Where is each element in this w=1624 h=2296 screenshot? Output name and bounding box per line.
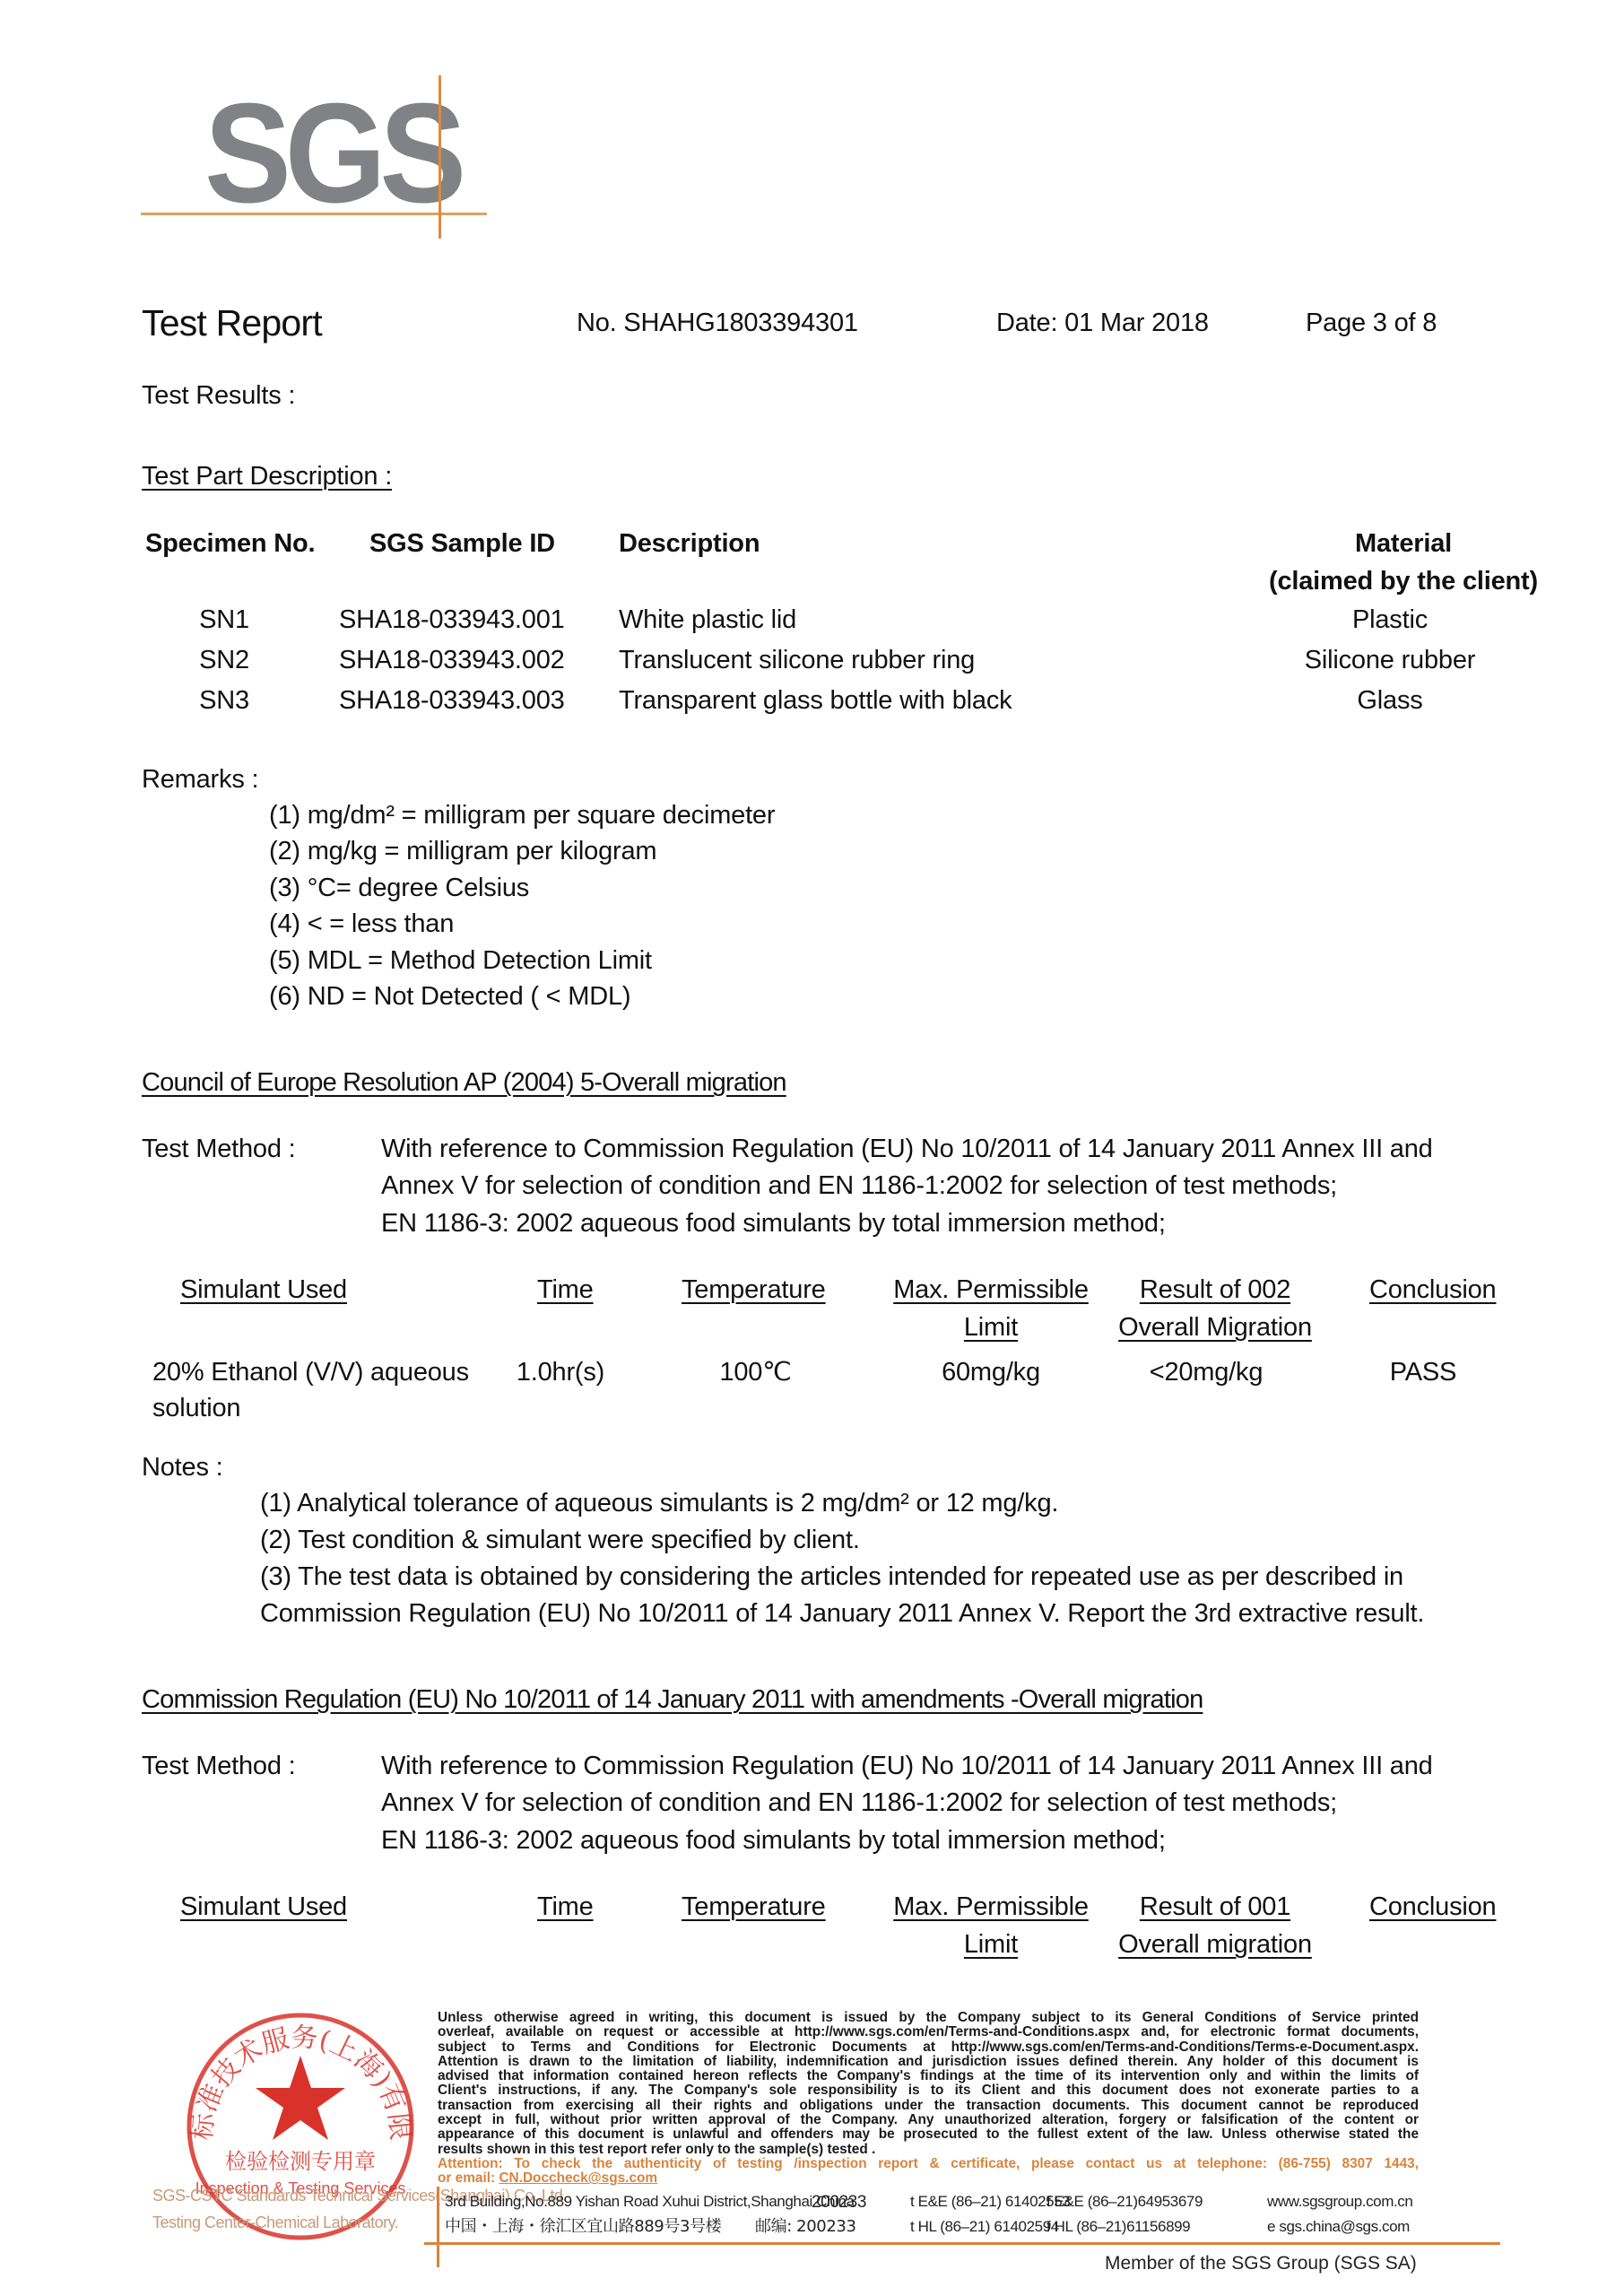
col-header-time: Time	[537, 1277, 594, 1303]
test-method-label: Test Method :	[142, 1136, 296, 1162]
disclaimer-line: overleaf, available on request or access…	[438, 2025, 1419, 2039]
cell-material: Silicone rubber	[1255, 648, 1524, 674]
report-number: No. SHAHG1803394301	[577, 310, 858, 336]
cell-sample-id: SHA18-033943.003	[339, 688, 565, 714]
col-header-simulant: Simulant Used	[180, 1894, 347, 1920]
cell-temperature: 100℃	[682, 1360, 829, 1386]
doccheck-email-link[interactable]: CN.Doccheck@sgs.com	[499, 2170, 657, 2186]
cell-simulant-cont: solution	[152, 1396, 240, 1422]
remark-item: (6) ND = Not Detected ( < MDL)	[269, 984, 630, 1010]
note-item: (1) Analytical tolerance of aqueous simu…	[260, 1491, 1058, 1517]
remarks-label: Remarks :	[142, 767, 258, 793]
cell-specimen-no: SN3	[170, 688, 278, 714]
col-header-temperature: Temperature	[682, 1894, 826, 1920]
disclaimer-line: Attention is drawn to the limitation of …	[438, 2055, 1419, 2069]
page-title: Test Report	[142, 302, 322, 344]
logo-divider-vertical	[439, 75, 441, 239]
cell-specimen-no: SN2	[170, 648, 278, 674]
disclaimer-line: subject to Terms and Conditions for Elec…	[438, 2040, 1419, 2055]
postcode-en: 200233	[812, 2194, 866, 2211]
test-method-line: Annex V for selection of condition and E…	[381, 1790, 1337, 1816]
note-item: Commission Regulation (EU) No 10/2011 of…	[260, 1601, 1424, 1627]
disclaimer-line: Unless otherwise agreed in writing, this…	[438, 2011, 1419, 2025]
fax-hl: f HL (86–21)61156899	[1046, 2219, 1190, 2234]
remark-item: (5) MDL = Method Detection Limit	[269, 948, 652, 974]
col-header-max-limit: Max. Permissible	[879, 1277, 1103, 1303]
col-header-time: Time	[537, 1894, 594, 1920]
page-number: Page 3 of 8	[1306, 310, 1437, 336]
col-header-material-sub: (claimed by the client)	[1255, 569, 1551, 595]
test-method-line: Annex V for selection of condition and E…	[381, 1173, 1337, 1199]
test-part-description-label: Test Part Description :	[142, 464, 392, 490]
stamp-purpose-cn: 检验检测专用章	[225, 2149, 376, 2174]
sgs-logo-text: SGS	[204, 83, 460, 224]
remark-item: (1) mg/dm² = milligram per square decime…	[269, 803, 775, 829]
test-method-line: EN 1186-3: 2002 aqueous food simulants b…	[381, 1828, 1166, 1854]
report-date: Date: 01 Mar 2018	[996, 310, 1209, 336]
lab-name: Testing Center-Chemical Laboratory.	[152, 2213, 398, 2232]
col-header-sample-id: SGS Sample ID	[369, 531, 555, 557]
star-icon	[256, 2056, 345, 2140]
address-en: 3rd Building,No.889 Yishan Road Xuhui Di…	[445, 2194, 855, 2209]
fax-ee: f E&E (86–21)64953679	[1046, 2194, 1203, 2209]
remark-item: (2) mg/kg = milligram per kilogram	[269, 839, 656, 865]
cell-result: <20mg/kg	[1094, 1360, 1318, 1386]
col-header-result-sub: Overall Migration	[1103, 1315, 1327, 1341]
cell-conclusion: PASS	[1356, 1360, 1490, 1386]
logo-divider-horizontal	[141, 213, 487, 215]
cell-description: Translucent silicone rubber ring	[619, 648, 975, 674]
footer-divider-vertical	[437, 2187, 439, 2267]
cell-material: Glass	[1255, 688, 1524, 714]
col-header-result-sub: Overall migration	[1103, 1932, 1327, 1958]
cell-max-limit: 60mg/kg	[879, 1360, 1103, 1386]
test-method-line: EN 1186-3: 2002 aqueous food simulants b…	[381, 1211, 1166, 1237]
contact-email[interactable]: e sgs.china@sgs.com	[1267, 2219, 1410, 2234]
col-header-max-limit: Max. Permissible	[879, 1894, 1103, 1920]
col-header-max-limit-sub: Limit	[879, 1315, 1103, 1341]
disclaimer-line: transaction from exercising all their ri…	[438, 2099, 1419, 2113]
telephone-hl: t HL (86–21) 61402594	[910, 2219, 1059, 2234]
col-header-description: Description	[619, 531, 760, 557]
remark-item: (4) < = less than	[269, 911, 454, 937]
cell-description: White plastic lid	[619, 607, 796, 633]
cell-specimen-no: SN1	[170, 607, 278, 633]
sgs-group-member-text: Member of the SGS Group (SGS SA)	[1105, 2253, 1417, 2274]
col-header-conclusion: Conclusion	[1369, 1894, 1496, 1920]
test-method-line: With reference to Commission Regulation …	[381, 1136, 1433, 1162]
test-method-label: Test Method :	[142, 1753, 296, 1779]
email-prefix: or email:	[438, 2170, 499, 2186]
disclaimer-line: Client's instructions, if any. The Compa…	[438, 2083, 1419, 2098]
footer-divider-horizontal	[424, 2242, 1500, 2245]
notes-label: Notes :	[142, 1455, 222, 1481]
address-cn: 中国・上海・徐汇区宜山路889号3号楼	[445, 2219, 721, 2235]
cell-time: 1.0hr(s)	[493, 1360, 628, 1386]
disclaimer-line: appearance of this document is unlawful …	[438, 2127, 1419, 2142]
cell-description: Transparent glass bottle with black	[619, 688, 1012, 714]
disclaimer-line: advised that information contained hereo…	[438, 2069, 1419, 2083]
col-header-max-limit-sub: Limit	[879, 1932, 1103, 1958]
section-heading: Commission Regulation (EU) No 10/2011 of…	[142, 1687, 1203, 1713]
remark-item: (3) °C= degree Celsius	[269, 875, 529, 901]
section-heading: Council of Europe Resolution AP (2004) 5…	[142, 1070, 786, 1096]
postcode-cn: 邮编: 200233	[755, 2219, 856, 2235]
col-header-conclusion: Conclusion	[1369, 1277, 1496, 1303]
col-header-material: Material	[1255, 531, 1551, 557]
note-item: (3) The test data is obtained by conside…	[260, 1564, 1403, 1590]
attention-line: Attention: To check the authenticity of …	[438, 2157, 1419, 2171]
col-header-specimen-no: Specimen No.	[145, 531, 315, 557]
col-header-temperature: Temperature	[682, 1277, 826, 1303]
cell-sample-id: SHA18-033943.002	[339, 648, 565, 674]
note-item: (2) Test condition & simulant were speci…	[260, 1527, 860, 1553]
test-method-line: With reference to Commission Regulation …	[381, 1753, 1433, 1779]
cell-simulant: 20% Ethanol (V/V) aqueous	[152, 1360, 469, 1386]
disclaimer: Unless otherwise agreed in writing, this…	[438, 2011, 1419, 2187]
col-header-result: Result of 002	[1103, 1277, 1327, 1303]
disclaimer-line: results shown in this test report refer …	[438, 2143, 1419, 2157]
disclaimer-line: except in full, without prior written ap…	[438, 2113, 1419, 2127]
col-header-result: Result of 001	[1103, 1894, 1327, 1920]
cell-material: Plastic	[1255, 607, 1524, 633]
cell-sample-id: SHA18-033943.001	[339, 607, 565, 633]
col-header-simulant: Simulant Used	[180, 1277, 347, 1303]
test-results-label: Test Results :	[142, 383, 295, 409]
website-link[interactable]: www.sgsgroup.com.cn	[1267, 2194, 1412, 2209]
